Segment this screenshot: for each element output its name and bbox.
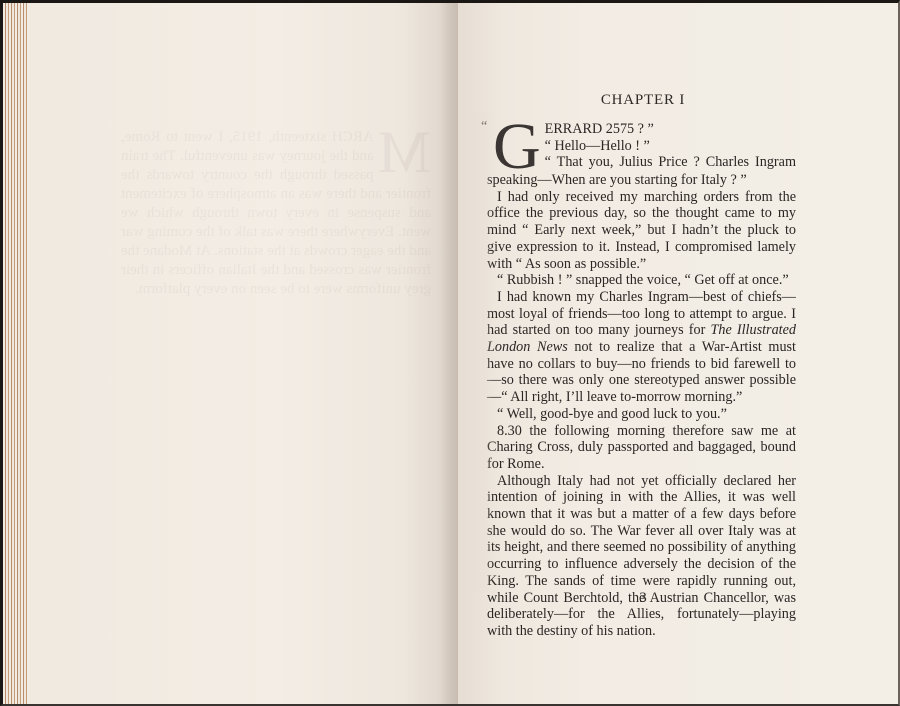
left-page: M ARCH sixteenth, 1915, I went to Rome, … bbox=[3, 3, 458, 706]
chapter-heading: CHAPTER I bbox=[473, 92, 813, 109]
paragraph-ingram: I had known my Charles Ingram—best of ch… bbox=[487, 289, 796, 406]
page-edges-stack bbox=[3, 3, 29, 706]
paragraph: “ Well, good-bye and good luck to you.” bbox=[487, 406, 796, 423]
page-number: 3 bbox=[473, 590, 813, 607]
opening-quote: “ bbox=[481, 119, 487, 136]
paragraph: Although Italy had not yet officially de… bbox=[487, 473, 796, 640]
opening-dropcap-block: “ G ERRARD 2575 ? ” “ Hello—Hello ! ” “ … bbox=[487, 121, 796, 171]
paragraph: “ Rubbish ! ” snapped the voice, “ Get o… bbox=[487, 272, 796, 289]
paragraph: 8.30 the following morning therefore saw… bbox=[487, 423, 796, 473]
show-through-dropcap: M bbox=[378, 128, 431, 176]
book-spread: M ARCH sixteenth, 1915, I went to Rome, … bbox=[0, 0, 900, 706]
show-through-text: M ARCH sixteenth, 1915, I went to Rome, … bbox=[121, 128, 431, 299]
dropcap-letter: G bbox=[493, 122, 541, 172]
chapter-body: “ G ERRARD 2575 ? ” “ Hello—Hello ! ” “ … bbox=[487, 121, 796, 640]
paragraph: I had only received my marching orders f… bbox=[487, 189, 796, 273]
